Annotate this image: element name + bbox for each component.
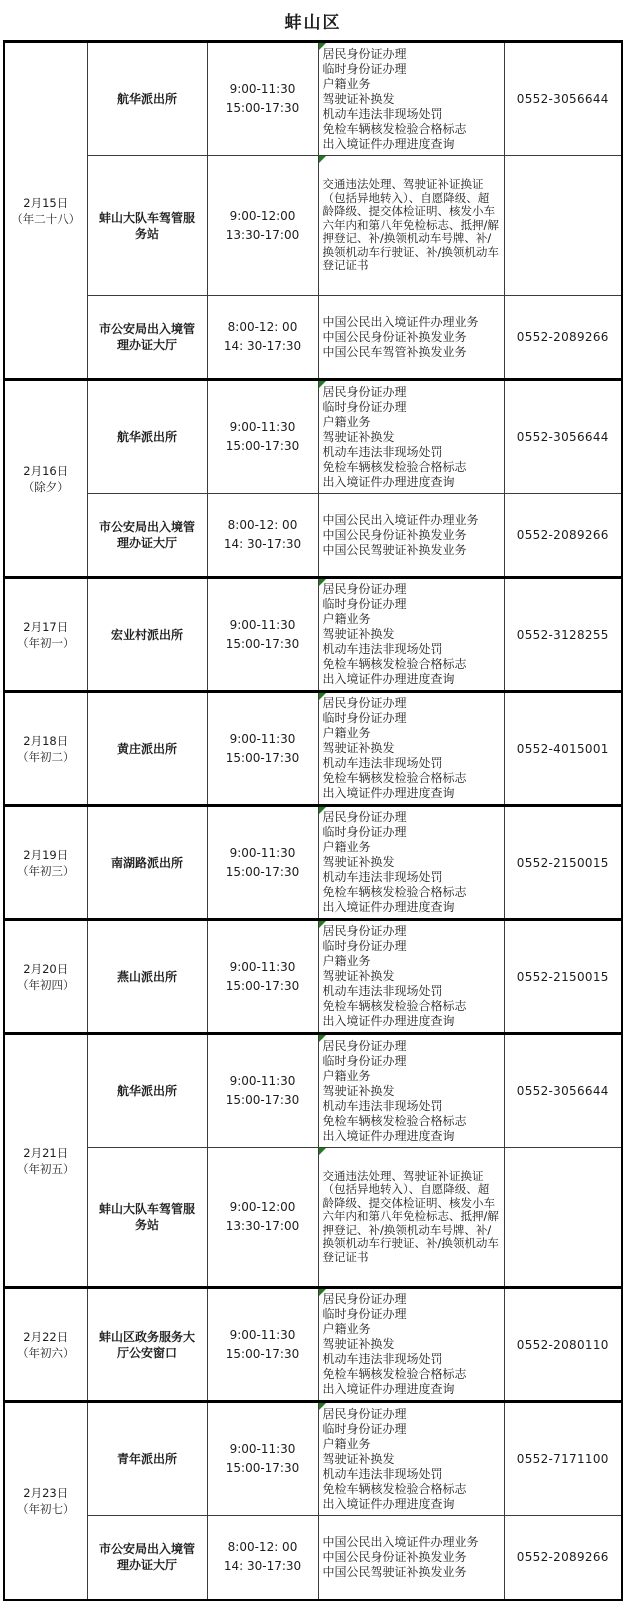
table-row: 2月17日 （年初一） 宏业村派出所 9:00-11:30 15:00-17:3… [4, 578, 622, 692]
phone-cell [504, 156, 622, 296]
location-cell: 航华派出所 [87, 380, 207, 494]
comment-marker-icon [319, 1148, 326, 1155]
phone-cell: 0552-2150015 [504, 806, 622, 920]
phone-cell: 0552-3056644 [504, 1034, 622, 1148]
services-text: 居民身份证办理 临时身份证办理 户籍业务 驾驶证补换发 机动车违法非现场处罚 免… [323, 924, 467, 1028]
table-row: 蚌山大队车驾管服务站 9:00-12:00 13:30-17:00 交通违法处理… [4, 156, 622, 296]
services-text: 居民身份证办理 临时身份证办理 户籍业务 驾驶证补换发 机动车违法非现场处罚 免… [323, 582, 467, 686]
services-text: 交通违法处理、驾驶证补证换证（包括异地转入）、自愿降级、超龄降级、提交体检证明、… [323, 177, 499, 272]
phone-cell: 0552-2089266 [504, 1516, 622, 1600]
comment-marker-icon [319, 1289, 326, 1296]
hours-cell: 9:00-11:30 15:00-17:30 [207, 692, 318, 806]
services-cell: 中国公民出入境证件办理业务 中国公民身份证补换发业务 中国公民车驾管补换发业务 [318, 296, 504, 380]
services-cell: 交通违法处理、驾驶证补证换证（包括异地转入）、自愿降级、超龄降级、提交体检证明、… [318, 156, 504, 296]
location-cell: 航华派出所 [87, 42, 207, 156]
table-row: 2月20日 （年初四） 燕山派出所 9:00-11:30 15:00-17:30… [4, 920, 622, 1034]
date-cell: 2月19日 （年初三） [4, 806, 87, 920]
services-cell: 居民身份证办理 临时身份证办理 户籍业务 驾驶证补换发 机动车违法非现场处罚 免… [318, 806, 504, 920]
phone-cell: 0552-2089266 [504, 296, 622, 380]
location-cell: 蚌山大队车驾管服务站 [87, 1148, 207, 1288]
table-row: 2月21日 （年初五） 航华派出所 9:00-11:30 15:00-17:30… [4, 1034, 622, 1148]
comment-marker-icon [319, 156, 326, 163]
hours-cell: 9:00-11:30 15:00-17:30 [207, 806, 318, 920]
services-cell: 居民身份证办理 临时身份证办理 户籍业务 驾驶证补换发 机动车违法非现场处罚 免… [318, 1034, 504, 1148]
hours-cell: 9:00-11:30 15:00-17:30 [207, 1034, 318, 1148]
location-cell: 市公安局出入境管理办证大厅 [87, 1516, 207, 1600]
comment-marker-icon [319, 43, 326, 50]
phone-cell: 0552-4015001 [504, 692, 622, 806]
table-row: 市公安局出入境管理办证大厅 8:00-12: 00 14: 30-17:30 中… [4, 296, 622, 380]
page-title: 蚌山区 [0, 0, 626, 40]
hours-cell: 9:00-12:00 13:30-17:00 [207, 1148, 318, 1288]
table-row: 2月19日 （年初三） 南湖路派出所 9:00-11:30 15:00-17:3… [4, 806, 622, 920]
location-cell: 青年派出所 [87, 1402, 207, 1516]
services-cell: 居民身份证办理 临时身份证办理 户籍业务 驾驶证补换发 机动车违法非现场处罚 免… [318, 1402, 504, 1516]
services-cell: 居民身份证办理 临时身份证办理 户籍业务 驾驶证补换发 机动车违法非现场处罚 免… [318, 380, 504, 494]
comment-marker-icon [319, 1035, 326, 1042]
location-cell: 市公安局出入境管理办证大厅 [87, 296, 207, 380]
location-cell: 市公安局出入境管理办证大厅 [87, 494, 207, 578]
services-cell: 居民身份证办理 临时身份证办理 户籍业务 驾驶证补换发 机动车违法非现场处罚 免… [318, 1288, 504, 1402]
comment-marker-icon [319, 579, 326, 586]
hours-cell: 9:00-11:30 15:00-17:30 [207, 1402, 318, 1516]
services-cell: 居民身份证办理 临时身份证办理 户籍业务 驾驶证补换发 机动车违法非现场处罚 免… [318, 42, 504, 156]
hours-cell: 9:00-11:30 15:00-17:30 [207, 42, 318, 156]
phone-cell: 0552-3128255 [504, 578, 622, 692]
phone-cell: 0552-2150015 [504, 920, 622, 1034]
hours-cell: 9:00-11:30 15:00-17:30 [207, 920, 318, 1034]
date-cell: 2月18日 （年初二） [4, 692, 87, 806]
services-text: 居民身份证办理 临时身份证办理 户籍业务 驾驶证补换发 机动车违法非现场处罚 免… [323, 696, 467, 800]
comment-marker-icon [319, 921, 326, 928]
table-row: 2月16日 （除夕） 航华派出所 9:00-11:30 15:00-17:30 … [4, 380, 622, 494]
comment-marker-icon [319, 1403, 326, 1410]
services-cell: 中国公民出入境证件办理业务 中国公民身份证补换发业务 中国公民驾驶证补换发业务 [318, 494, 504, 578]
services-text: 居民身份证办理 临时身份证办理 户籍业务 驾驶证补换发 机动车违法非现场处罚 免… [323, 1039, 467, 1143]
hours-cell: 8:00-12: 00 14: 30-17:30 [207, 1516, 318, 1600]
schedule-table: 2月15日 （年二十八） 航华派出所 9:00-11:30 15:00-17:3… [3, 40, 623, 1601]
phone-cell: 0552-2089266 [504, 494, 622, 578]
date-cell: 2月15日 （年二十八） [4, 42, 87, 380]
services-text: 交通违法处理、驾驶证补证换证（包括异地转入）、自愿降级、超龄降级、提交体检证明、… [323, 1169, 499, 1264]
table-row: 蚌山大队车驾管服务站 9:00-12:00 13:30-17:00 交通违法处理… [4, 1148, 622, 1288]
location-cell: 南湖路派出所 [87, 806, 207, 920]
location-cell: 蚌山区政务服务大厅公安窗口 [87, 1288, 207, 1402]
phone-cell: 0552-2080110 [504, 1288, 622, 1402]
date-cell: 2月17日 （年初一） [4, 578, 87, 692]
phone-cell: 0552-3056644 [504, 380, 622, 494]
location-cell: 蚌山大队车驾管服务站 [87, 156, 207, 296]
table-row: 市公安局出入境管理办证大厅 8:00-12: 00 14: 30-17:30 中… [4, 1516, 622, 1600]
date-cell: 2月23日 （年初七） [4, 1402, 87, 1600]
hours-cell: 8:00-12: 00 14: 30-17:30 [207, 494, 318, 578]
location-cell: 航华派出所 [87, 1034, 207, 1148]
date-cell: 2月16日 （除夕） [4, 380, 87, 578]
date-cell: 2月21日 （年初五） [4, 1034, 87, 1288]
phone-cell: 0552-7171100 [504, 1402, 622, 1516]
date-cell: 2月22日 （年初六） [4, 1288, 87, 1402]
services-cell: 交通违法处理、驾驶证补证换证（包括异地转入）、自愿降级、超龄降级、提交体检证明、… [318, 1148, 504, 1288]
table-row: 2月22日 （年初六） 蚌山区政务服务大厅公安窗口 9:00-11:30 15:… [4, 1288, 622, 1402]
location-cell: 燕山派出所 [87, 920, 207, 1034]
services-cell: 中国公民出入境证件办理业务 中国公民身份证补换发业务 中国公民驾驶证补换发业务 [318, 1516, 504, 1600]
services-text: 居民身份证办理 临时身份证办理 户籍业务 驾驶证补换发 机动车违法非现场处罚 免… [323, 385, 467, 489]
hours-cell: 8:00-12: 00 14: 30-17:30 [207, 296, 318, 380]
services-text: 居民身份证办理 临时身份证办理 户籍业务 驾驶证补换发 机动车违法非现场处罚 免… [323, 1407, 467, 1511]
location-cell: 黄庄派出所 [87, 692, 207, 806]
table-row: 2月18日 （年初二） 黄庄派出所 9:00-11:30 15:00-17:30… [4, 692, 622, 806]
hours-cell: 9:00-11:30 15:00-17:30 [207, 578, 318, 692]
services-cell: 居民身份证办理 临时身份证办理 户籍业务 驾驶证补换发 机动车违法非现场处罚 免… [318, 578, 504, 692]
date-cell: 2月20日 （年初四） [4, 920, 87, 1034]
services-cell: 居民身份证办理 临时身份证办理 户籍业务 驾驶证补换发 机动车违法非现场处罚 免… [318, 920, 504, 1034]
phone-cell [504, 1148, 622, 1288]
comment-marker-icon [319, 693, 326, 700]
table-row: 市公安局出入境管理办证大厅 8:00-12: 00 14: 30-17:30 中… [4, 494, 622, 578]
table-row: 2月23日 （年初七） 青年派出所 9:00-11:30 15:00-17:30… [4, 1402, 622, 1516]
services-text: 居民身份证办理 临时身份证办理 户籍业务 驾驶证补换发 机动车违法非现场处罚 免… [323, 1292, 467, 1396]
location-cell: 宏业村派出所 [87, 578, 207, 692]
comment-marker-icon [319, 381, 326, 388]
table-row: 2月15日 （年二十八） 航华派出所 9:00-11:30 15:00-17:3… [4, 42, 622, 156]
hours-cell: 9:00-12:00 13:30-17:00 [207, 156, 318, 296]
hours-cell: 9:00-11:30 15:00-17:30 [207, 380, 318, 494]
services-text: 居民身份证办理 临时身份证办理 户籍业务 驾驶证补换发 机动车违法非现场处罚 免… [323, 810, 467, 914]
comment-marker-icon [319, 807, 326, 814]
phone-cell: 0552-3056644 [504, 42, 622, 156]
services-text: 居民身份证办理 临时身份证办理 户籍业务 驾驶证补换发 机动车违法非现场处罚 免… [323, 47, 467, 151]
services-cell: 居民身份证办理 临时身份证办理 户籍业务 驾驶证补换发 机动车违法非现场处罚 免… [318, 692, 504, 806]
hours-cell: 9:00-11:30 15:00-17:30 [207, 1288, 318, 1402]
